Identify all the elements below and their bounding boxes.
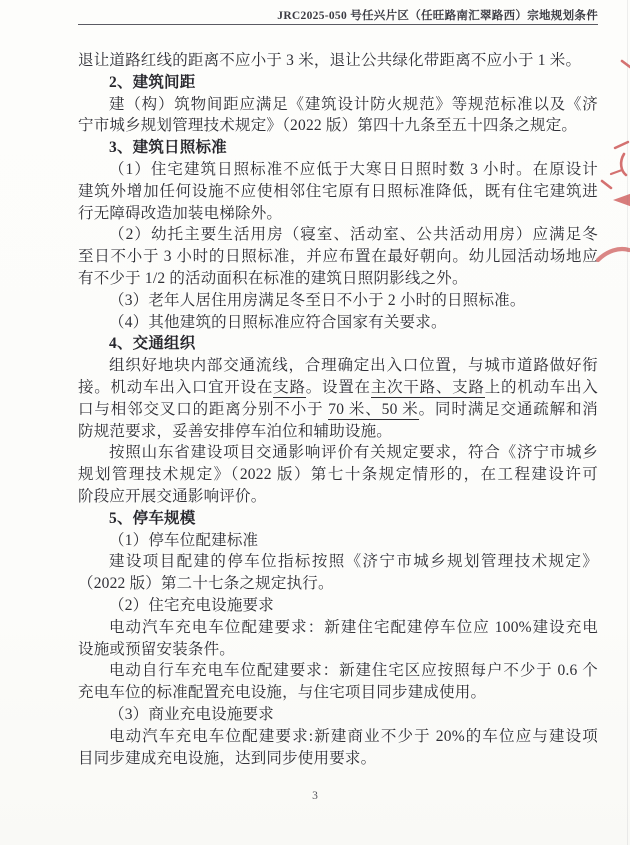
text-line: 建（构）筑物间距应满足《建筑设计防火规范》等规范标准以及《济 bbox=[78, 94, 598, 116]
header-rule bbox=[78, 24, 598, 25]
text-line: 口与相邻交叉口的距离分别不小于 70 米、50 米。同时满足交通疏解和消 bbox=[78, 399, 598, 421]
underlined-text: 主次干路、支路 bbox=[371, 379, 485, 399]
text-segment: 接。机动车出入口宜开设在 bbox=[78, 379, 273, 396]
text-line: （3）老年人居住用房满足冬至日不小于 2 小时的日照标准。 bbox=[78, 290, 598, 312]
section-heading: 3、建筑日照标准 bbox=[78, 137, 598, 159]
text-segment: 上的机动车出入 bbox=[485, 379, 598, 396]
section-heading: 2、建筑间距 bbox=[78, 72, 598, 94]
text-line: 设施或预留安装条件。 bbox=[78, 639, 598, 661]
page-number: 3 bbox=[0, 790, 630, 802]
text-line: 至日不小于 3 小时的日照标准，并应布置在最好朝向。幼儿园活动场地应 bbox=[78, 246, 598, 268]
text-line: 按照山东省建设项目交通影响评价有关规定要求，符合《济宁市城乡 bbox=[78, 442, 598, 464]
text-line: 建设项目配建的停车位指标按照《济宁市城乡规划管理技术规定》 bbox=[78, 551, 598, 573]
section-heading: 4、交通组织 bbox=[78, 333, 598, 355]
section-heading: 5、停车规模 bbox=[78, 508, 598, 530]
text-line: （2022 版）第二十七条之规定执行。 bbox=[78, 573, 598, 595]
text-line: （2）幼托主要生活用房（寝室、活动室、公共活动用房）应满足冬 bbox=[78, 224, 598, 246]
text-line: （2）住宅充电设施要求 bbox=[78, 595, 598, 617]
text-line: （1）住宅建筑日照标准不应低于大寒日日照时数 3 小时。在原设计 bbox=[78, 159, 598, 181]
text-line: 目同步建成充电设施，达到同步使用要求。 bbox=[78, 748, 598, 770]
scan-edge-line bbox=[627, 0, 628, 845]
text-line: 电动自行车充电车位配建要求：新建住宅区应按照每户不少于 0.6 个 bbox=[78, 660, 598, 682]
text-line: 宁市城乡规划管理技术规定》（2022 版）第四十九条至五十四条之规定。 bbox=[78, 115, 598, 137]
text-line: （4）其他建筑的日照标准应符合国家有关要求。 bbox=[78, 312, 598, 334]
underlined-text: 支路 bbox=[273, 379, 306, 399]
text-line: 电动汽车充电车位配建要求:新建商业不少于 20%的车位应与建设项 bbox=[78, 726, 598, 748]
text-segment: 。同时满足交通疏解和消 bbox=[419, 401, 598, 418]
document-page: JRC2025-050 号任兴片区（任旺路南汇翠路西）宗地规划条件 退让道路红线… bbox=[0, 0, 630, 845]
text-segment: 口与相邻交叉口的距离分别不小于 bbox=[78, 401, 328, 418]
header-title: JRC2025-050 号任兴片区（任旺路南汇翠路西）宗地规划条件 bbox=[78, 7, 598, 23]
text-line: 充电车位的标准配置充电设施，与住宅项目同步建成使用。 bbox=[78, 682, 598, 704]
text-line: （1）停车位配建标准 bbox=[78, 530, 598, 552]
text-line: 接。机动车出入口宜开设在支路。设置在主次干路、支路上的机动车出入 bbox=[78, 377, 598, 399]
document-body: 退让道路红线的距离不应小于 3 米，退让公共绿化带距离不应小于 1 米。2、建筑… bbox=[78, 50, 598, 769]
red-seal-stamp-fragment bbox=[595, 55, 630, 275]
text-line: 有不少于 1/2 的活动面积在标准的建筑日照阴影线之外。 bbox=[78, 268, 598, 290]
underlined-text: 70 米、50 米 bbox=[328, 401, 418, 421]
text-line: 行无障碍改造加装电梯除外。 bbox=[78, 203, 598, 225]
text-line: 阶段应开展交通影响评价。 bbox=[78, 486, 598, 508]
text-line: 规划管理技术规定》（2022 版）第七十条规定情形的，在工程建设许可 bbox=[78, 464, 598, 486]
text-segment: 。设置在 bbox=[306, 379, 371, 396]
text-line: 组织好地块内部交通流线，合理确定出入口位置，与城市道路做好衔 bbox=[78, 355, 598, 377]
text-line: （3）商业充电设施要求 bbox=[78, 704, 598, 726]
text-line: 建筑外增加任何设施不应使相邻住宅原有日照标准降低，既有住宅建筑进 bbox=[78, 181, 598, 203]
text-line: 退让道路红线的距离不应小于 3 米，退让公共绿化带距离不应小于 1 米。 bbox=[78, 50, 598, 72]
text-line: 防规范要求，妥善安排停车泊位和辅助设施。 bbox=[78, 421, 598, 443]
text-line: 电动汽车充电车位配建要求：新建住宅配建停车位应 100%建设充电 bbox=[78, 617, 598, 639]
